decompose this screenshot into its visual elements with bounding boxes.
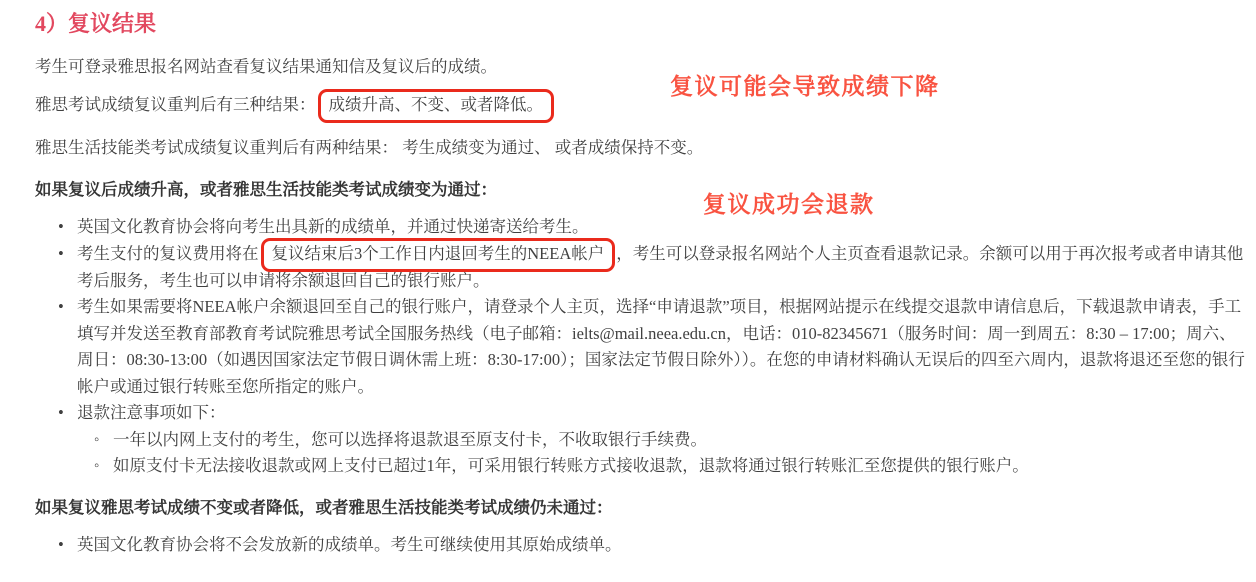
list-item-new-score-report: 英国文化教育协会将向考生出具新的成绩单，并通过快递寄送给考生。 [35,214,1249,241]
document-page: 4）复议结果 考生可登录雅思报名网站查看复议结果通知信及复议后的成绩。 雅思考试… [0,0,1256,582]
sublist-item-text: 如原支付卡无法接收退款或网上支付已超过1年，可采用银行转账方式接收退款，退款将通… [113,456,1029,475]
highlight-box-refund-text: 复议结束后3个工作日内退回考生的NEEA帐户 [272,244,605,263]
list-item-text: 英国文化教育协会将不会发放新的成绩单。考生可继续使用其原始成绩单。 [77,535,622,554]
highlight-box-outcomes: 成绩升高、不变、或者降低。 [318,89,555,123]
sublist-item-original-card: 一年以内网上支付的考生，您可以选择将退款退至原支付卡，不收取银行手续费。 [77,427,1249,454]
unchanged-result-list: 英国文化教育协会将不会发放新的成绩单。考生可继续使用其原始成绩单。 [35,532,1249,559]
highlight-box-refund: 复议结束后3个工作日内退回考生的NEEA帐户 [261,238,616,272]
list-item-bank-refund-procedure: 考生如果需要将NEEA帐户余额退回至自己的银行账户，请登录个人主页，选择“申请退… [35,294,1249,400]
para-life-skills-outcomes: 雅思生活技能类考试成绩复议重判后有两种结果： 考生成绩变为通过、 或者成绩保持不… [35,135,1249,161]
highlight-box-outcomes-text: 成绩升高、不变、或者降低。 [329,95,544,114]
list-item-refund-prefix: 考生支付的复议费用将在 [77,244,259,263]
para-view-results: 考生可登录雅思报名网站查看复议结果通知信及复议后的成绩。 [35,54,1249,80]
list-item-text: 退款注意事项如下： [77,403,226,422]
document-content: 4）复议结果 考生可登录雅思报名网站查看复议结果通知信及复议后的成绩。 雅思考试… [35,10,1249,573]
para-three-outcomes: 雅思考试成绩复议重判后有三种结果：成绩升高、不变、或者降低。 [35,92,1249,119]
list-item-text: 考生如果需要将NEEA帐户余额退回至自己的银行账户，请登录个人主页，选择“申请退… [77,297,1245,396]
page-title: 4）复议结果 [35,10,1249,38]
annotation-score-may-drop: 复议可能会导致成绩下降 [670,68,940,101]
list-item-text: 英国文化教育协会将向考生出具新的成绩单，并通过快递寄送给考生。 [77,217,589,236]
sublist-item-text: 一年以内网上支付的考生，您可以选择将退款退至原支付卡，不收取银行手续费。 [113,430,707,449]
list-item-refund-neea: 考生支付的复议费用将在复议结束后3个工作日内退回考生的NEEA帐户，考生可以登录… [35,241,1249,295]
list-item-no-new-report: 英国文化教育协会将不会发放新的成绩单。考生可继续使用其原始成绩单。 [35,532,1249,559]
refund-notes-sublist: 一年以内网上支付的考生，您可以选择将退款退至原支付卡，不收取银行手续费。 如原支… [77,427,1249,480]
refund-info-list: 英国文化教育协会将向考生出具新的成绩单，并通过快递寄送给考生。 考生支付的复议费… [35,214,1249,480]
heading-if-score-improved: 如果复议后成绩升高，或者雅思生活技能类考试成绩变为通过： [35,177,1249,203]
para-three-outcomes-prefix: 雅思考试成绩复议重判后有三种结果： [35,95,316,114]
sublist-item-bank-transfer: 如原支付卡无法接收退款或网上支付已超过1年，可采用银行转账方式接收退款，退款将通… [77,453,1249,480]
heading-if-score-unchanged: 如果复议雅思考试成绩不变或者降低，或者雅思生活技能类考试成绩仍未通过： [35,495,1249,521]
list-item-refund-notes: 退款注意事项如下： 一年以内网上支付的考生，您可以选择将退款退至原支付卡，不收取… [35,400,1249,480]
annotation-refund-on-success: 复议成功会退款 [703,186,875,219]
